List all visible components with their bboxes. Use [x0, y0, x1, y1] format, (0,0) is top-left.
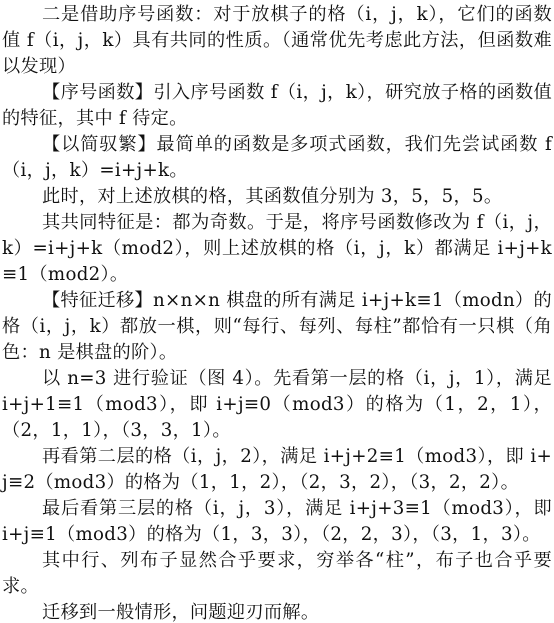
- paragraph-layer-two: 再看第二层的格（i，j，2），满足 i+j+2≡1（mod3），即 i+j≡2（…: [2, 444, 552, 496]
- paragraph-feature-transfer: 【特征迁移】n×n×n 棋盘的所有满足 i+j+k≡1（modn）的格（i，j，…: [2, 288, 552, 366]
- paragraph-function-values: 此时，对上述放棋的格，其函数值分别为 3，5，5，5。: [2, 184, 552, 210]
- document-body: 二是借助序号函数：对于放棋子的格（i，j，k），它们的函数值 f（i，j，k）具…: [0, 0, 554, 623]
- paragraph-ordinal-function: 【序号函数】引入序号函数 f（i，j，k），研究放子格的函数值的特征，其中 f …: [2, 80, 552, 132]
- paragraph-layer-three: 最后看第三层的格（i，j，3），满足 i+j+3≡1（mod3），即 i+j≡1…: [2, 496, 552, 548]
- paragraph-conclusion: 迁移到一般情形，问题迎刃而解。: [2, 600, 552, 623]
- paragraph-ordinal-function-intro: 二是借助序号函数：对于放棋子的格（i，j，k），它们的函数值 f（i，j，k）具…: [2, 2, 552, 80]
- paragraph-common-feature: 其共同特征是：都为奇数。于是，将序号函数修改为 f（i，j，k）=i+j+k（m…: [2, 210, 552, 288]
- paragraph-simplify: 【以简驭繁】最简单的函数是多项式函数，我们先尝试函数 f（i，j，k）=i+j+…: [2, 132, 552, 184]
- paragraph-layer-one: 以 n=3 进行验证（图 4）。先看第一层的格（i，j，1），满足 i+j+1≡…: [2, 366, 552, 444]
- paragraph-verification: 其中行、列布子显然合乎要求，穷举各“柱”，布子也合乎要求。: [2, 548, 552, 600]
